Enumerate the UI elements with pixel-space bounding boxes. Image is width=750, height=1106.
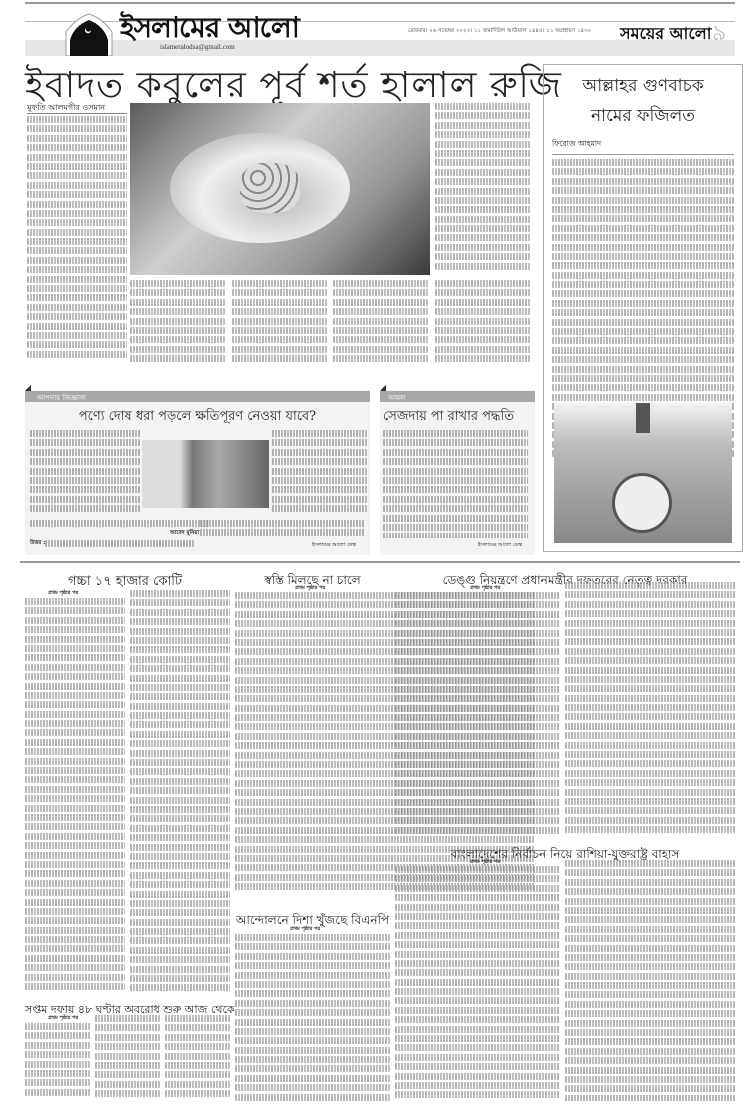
coins-shape	[240, 163, 300, 213]
qa-photo-bookshop	[142, 440, 269, 508]
sidebar-headline-2: নামের ফজিলত	[544, 103, 742, 131]
qa-headline: পণ্যে দোষ ধরা পড়লে ক্ষতিপূরণ নেওয়া যাব…	[25, 407, 370, 428]
amal-body	[383, 430, 528, 538]
lead-photo-coins	[130, 103, 430, 275]
story6-col2	[95, 1015, 160, 1103]
story4-col2	[565, 860, 735, 1101]
lead-col-5	[435, 280, 530, 366]
spire-shape	[636, 403, 650, 433]
amal-headline: সেজদায় পা রাখার পদ্ধতি	[383, 407, 514, 428]
qa-section-label: আপনার জিজ্ঞাসা	[37, 392, 86, 404]
story1-col2	[130, 590, 230, 998]
masthead-email: islameralodsa@gmail.com	[160, 43, 235, 51]
story6-col1	[25, 1023, 90, 1103]
author-rule	[27, 113, 127, 114]
story3-col1	[395, 592, 560, 842]
story4-col1	[395, 866, 560, 1101]
lead-col-5-top	[435, 103, 530, 275]
amal-label-bar: আমল	[380, 391, 535, 402]
qa-asker: আবেদ মুনিয়া	[170, 530, 199, 538]
continued-label: প্রথম পৃষ্ঠার পর	[48, 590, 78, 598]
lead-col-2	[130, 280, 225, 366]
clock-tower-photo	[554, 403, 732, 543]
top-rule	[25, 2, 735, 4]
qa-label-bar: আপনার জিজ্ঞাসা	[25, 391, 370, 402]
continued-label: প্রথম পৃষ্ঠার পর	[290, 926, 320, 934]
qa-question	[30, 430, 140, 520]
mosque-logo-icon	[64, 12, 114, 56]
qa-answer-start	[45, 540, 195, 548]
sidebar-headline-1: আল্লাহর গুণবাচক	[544, 73, 742, 101]
sidebar-article-box: আল্লাহর গুণবাচক নামের ফজিলত ফিরোজ আহমাদ	[543, 64, 743, 552]
paper-name: সময়ের আলো	[620, 21, 711, 48]
qa-answer-col	[272, 430, 367, 515]
date-line: রোববার। ২৬ নভেম্বর ২০২৩। ১১ জমাদিউল আউয়…	[408, 28, 591, 36]
story3-col2	[565, 582, 735, 842]
qa-answer-end	[200, 520, 365, 542]
section-divider	[20, 561, 740, 563]
story5-body	[235, 934, 390, 1101]
amal-section-label: আমল	[388, 392, 405, 404]
story6-col3	[165, 1015, 230, 1103]
continued-label: প্রথম পৃষ্ঠার পর	[48, 1015, 78, 1023]
clock-face-icon	[612, 473, 672, 533]
lead-col-4	[333, 280, 428, 366]
page-number: ৯	[712, 16, 726, 53]
lead-col-3	[232, 280, 327, 366]
sidebar-author: ফিরোজ আহমাদ	[552, 139, 734, 155]
qa-answer-label: উত্তর :	[30, 540, 45, 548]
qa-credit: ইসলামের আলো ডেস্ক	[312, 542, 356, 550]
story1-col1	[25, 598, 125, 998]
lead-col-1	[27, 116, 127, 366]
amal-credit: ইসলামের আলো ডেস্ক	[478, 542, 522, 550]
